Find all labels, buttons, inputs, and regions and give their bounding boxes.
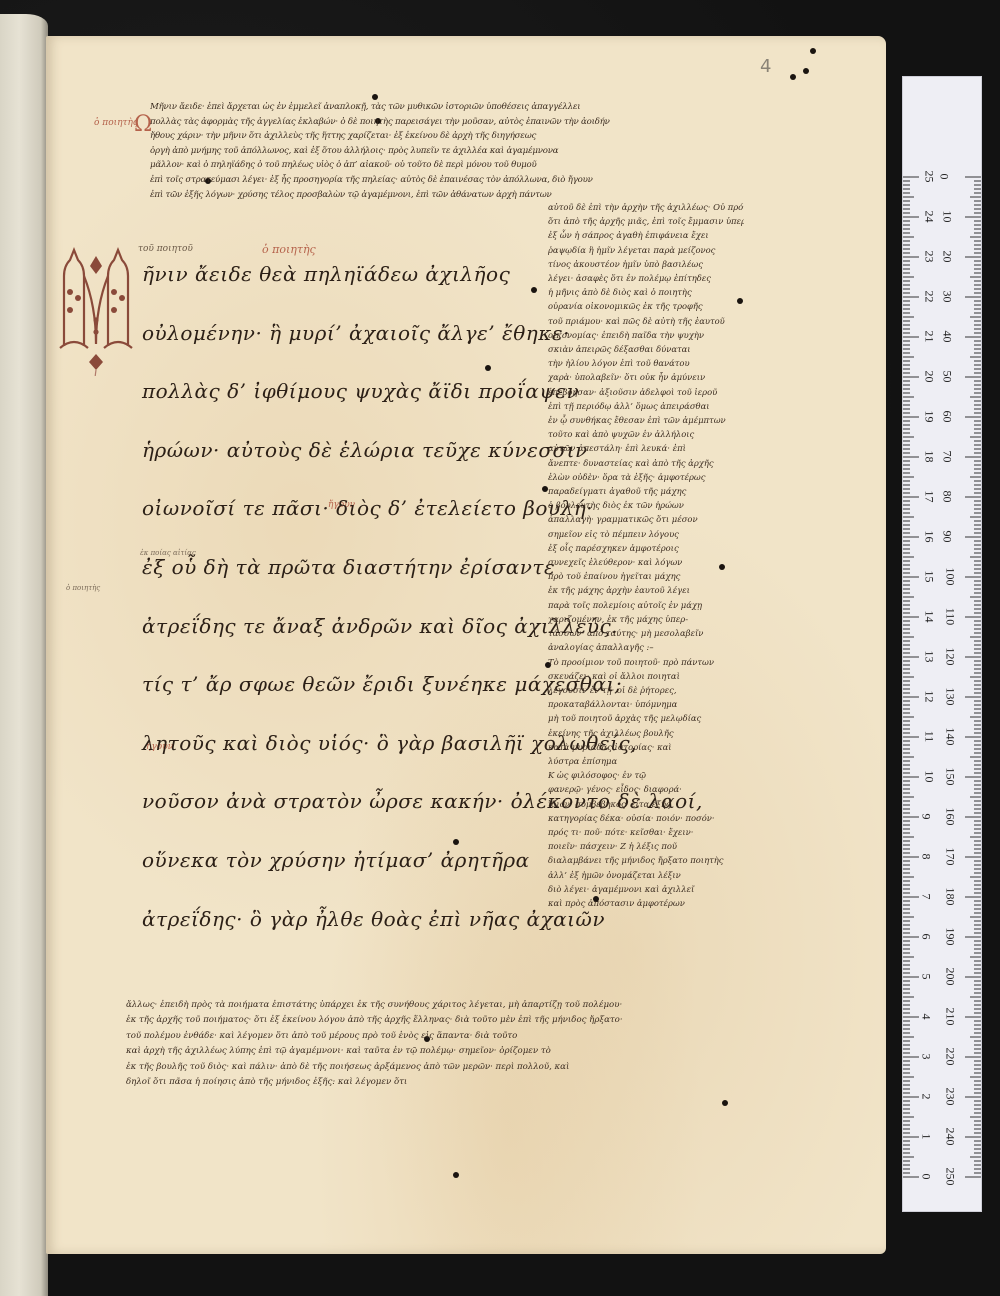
ruler-cm-label: 18 [922,451,937,463]
scholia-line: ἤθους χάριν· τὴν μῆνιν ὅτι ἀχιλλεὺς τῆς … [150,129,740,144]
scholia-line: τοῦ πολέμου ἐνθάδε· καὶ λέγομεν ὅτι ἀπὸ … [126,1029,736,1044]
ruler-cm-label: 13 [922,651,937,663]
scholia-line: ὀργὴ ἀπὸ μνήμης τοῦ ἀπόλλωνος, καὶ ἐξ ὅτ… [150,144,740,159]
ruler-cm-label: 8 [919,854,934,860]
scholia-line: Μῆνιν ἄειδε· ἐπεὶ ἄρχεται ὡς ἐν ἐμμελεῖ … [150,100,740,115]
scholia-line: τάσσων· ἀπὸ ταύτης· μὴ μεσολαβεῖν [548,626,744,640]
scholia-line: καὶ πρὸς ἀπόστασιν ἀμφοτέρων [548,896,744,910]
ruler-cm-label: 24 [922,211,937,223]
scholia-line: ἴδιον· συμβεβηκός· εἶτα ἑξῆς [548,797,744,811]
ruler-cm-label: 0 [919,1174,934,1180]
verse-line: ἀτρεΐδης τε ἄναξ ἀνδρῶν καὶ δῖος ἀχιλλεύ… [142,614,552,673]
hole-mark [803,68,809,74]
ruler-cm-label: 6 [919,934,934,940]
scholia-line: χαριζομένην, ἐκ τῆς μάχης ὑπερ- [548,612,744,626]
scholia-line: ἀλλ’ ἐξ ἡμῶν ὀνομάζεται λέξιν [548,868,744,882]
scholia-line: ὁ βουλευτὴς διὸς ἐκ τῶν ἡρώων [548,498,744,512]
measurement-ruler: 0102030405060708090100110120130140150160… [902,76,982,1212]
scholia-line: κατηγορίας δέκα· οὐσία· ποιόν· ποσόν· [548,811,744,825]
scholia-line: πρὸ τοῦ ἐπαίνου ἡγεῖται μάχης [548,569,744,583]
scholia-line: διαλαμβάνει τῆς μήνιδος ἤρξατο ποιητὴς [548,853,744,867]
verse-line: οὐλομένην· ἣ μυρί’ ἀχαιοῖς ἄλγε’ ἔθηκε· [142,321,552,380]
ruler-mm-label: 130 [943,688,958,706]
ruler-cm-label: 1 [919,1134,934,1140]
ruler-mm-label: 150 [943,768,958,786]
hole-mark [810,48,816,54]
scholia-line: κατὰ μυριάδας ἱστορίας· καὶ [548,740,744,754]
scholia-line: μὴ τοῦ ποιητοῦ ἀρχὰς τῆς μελῳδίας [548,711,744,725]
rubric-label: ὁ ποιητὴς [94,118,138,128]
ruler-cm-label: 17 [922,491,937,503]
scholia-line: ἄνεπτε· δυναστείας καὶ ἀπὸ τῆς ἀρχῆς [548,456,744,470]
scholia-line: οἰκονομίας· ἐπειδὴ παῖδα τὴν ψυχὴν [548,328,744,342]
ruler-mm-label: 70 [940,451,955,463]
scholia-bottom-block: ἄλλως· ἐπειδὴ πρὸς τὰ ποιήματα ἐπιστάτης… [126,998,736,1090]
ruler-cm-label: 10 [922,771,937,783]
scholia-line: ἄλλως· ἐπειδὴ πρὸς τὰ ποιήματα ἐπιστάτης… [126,998,736,1013]
ruler-mm-label: 50 [940,371,955,383]
ruler-cm-label: 21 [922,331,937,343]
verse-line: οὕνεκα τὸν χρύσην ἠτίμασ’ ἀρητῆρα [142,848,552,907]
ruler-mm-label: 120 [943,648,958,666]
scholia-line: ἡ μῆνις ἀπὸ δὲ διὸς καὶ ὁ ποιητὴς [548,285,744,299]
ruler-mm-label: 200 [943,968,958,986]
ruler-mm-label: 190 [943,928,958,946]
scholia-line: πρός τι· ποῦ· πότε· κεῖσθαι· ἔχειν· [548,825,744,839]
ruler-cm-label: 4 [919,1014,934,1020]
ruler-mm-label: 40 [940,331,955,343]
scholia-line: λέγουσιν ἐν τῇ· οἱ δὲ ῥήτορες, [548,683,744,697]
scholia-line: ἐν ᾧ συνθήκας ἔθεσαν ἐπὶ τῶν ἀμέμπτων [548,413,744,427]
ruler-cm-label: 16 [922,531,937,543]
verse-line: οἰωνοῖσί τε πᾶσι· διὸς δ’ ἐτελείετο βουλ… [142,496,552,555]
scholia-line: χαρὰ· ὑπολαβεῖν· ὅτι οὐκ ἦν ἀμύνειν [548,370,744,384]
scholia-line: αὐτοῦ δὲ ἐπὶ τὴν ἀρχὴν τῆς ἀχιλλέως· Οὐ … [548,200,744,214]
scholia-line: αὐτῶν ἀπεστάλη· ἐπὶ λευκά· ἐπὶ [548,441,744,455]
scholia-line: συνεχεῖς ἐλεύθερον· καὶ λόγων [548,555,744,569]
scholia-line: καὶ ἀρχὴ τῆς ἀχιλλέως λύπης ἐπὶ τῷ ἀγαμέ… [126,1044,736,1059]
ruler-cm-label: 9 [919,814,934,820]
scholia-line: τοῦτο καὶ ἀπὸ ψυχῶν ἐν ἀλλήλοις [548,427,744,441]
verse-line: τίς τ’ ἄρ σφωε θεῶν ἔριδι ξυνέηκε μάχεσθ… [142,672,552,731]
ruler-mm-label: 60 [940,411,955,423]
scholia-line: σκευάζει· καὶ οἱ ἄλλοι ποιηταὶ [548,669,744,683]
ruler-ticks [903,77,981,1211]
ruler-cm-label: 2 [919,1094,934,1100]
scholia-line: ὅτι ἀπὸ τῆς ἀρχῆς μιᾶς, ἐπὶ τοῖς ἔμμασιν… [548,214,744,228]
scholia-line: διὸ λέγει· ἀγαμέμνονι καὶ ἀχιλλεῖ [548,882,744,896]
folio-number: 4 [760,56,771,77]
ruler-cm-label: 5 [919,974,934,980]
scholia-line: παραδείγματι ἀγαθοῦ τῆς μάχης [548,484,744,498]
scholia-line: παρὰ τοῖς πολεμίοις αὐτοῖς ἐν μάχῃ [548,598,744,612]
scholia-line: ἀπαλλαγὴ· γραμματικῶς ὅτι μέσον [548,512,744,526]
verse-line: πολλὰς δ’ ἰφθίμους ψυχὰς ἄϊδι προΐαψεν [142,379,552,438]
ruler-mm-label: 30 [940,291,955,303]
margin-note: ὁ ποιητὴς [66,584,100,592]
scholia-line: ἐκ τῆς βουλῆς τοῦ διὸς· καὶ πάλιν· ἀπὸ δ… [126,1060,736,1075]
scholia-line: τὴν ἡλίου λόγον ἐπὶ τοῦ θανάτου [548,356,744,370]
ruler-cm-label: 20 [922,371,937,383]
scholia-right-block: αὐτοῦ δὲ ἐπὶ τὴν ἀρχὴν τῆς ἀχιλλέως· Οὐ … [548,200,744,910]
scholia-line: ποιεῖν· πάσχειν· Ζ ἡ λέξις ποῦ [548,839,744,853]
verse-line: ῆνιν ἄειδε θεὰ πηληϊάδεω ἀχιλῆος [142,262,552,321]
ruler-cm-label: 12 [922,691,937,703]
scholia-line: λέγει· ἀσαφὲς ὅτι ἐν πολέμῳ ἐπίτηδες [548,271,744,285]
scholia-line: δηλοῖ ὅτι πᾶσα ἡ ποίησις ἀπὸ τῆς μήνιδος… [126,1075,736,1090]
ruler-cm-label: 11 [921,731,936,743]
verse-line: νοῦσον ἀνὰ στρατὸν ὦρσε κακήν· ὀλέκοντο … [142,789,552,848]
scholia-line: προκαταβάλλονται· ὑπόμνημα [548,697,744,711]
verse-line: ἡρώων· αὐτοὺς δὲ ἑλώρια τεῦχε κύνεσσιν [142,438,552,497]
scholia-line: ἐκ τῆς ἀρχῆς τοῦ ποιήματος· ὅτι ἐξ ἐκείν… [126,1013,736,1028]
scholia-line: πολλὰς τὰς ἀφορμὰς τῆς ἀγγελίας ἐκλαβών·… [150,115,740,130]
main-text-block: ῆνιν ἄειδε θεὰ πηληϊάδεω ἀχιλῆος οὐλομέν… [142,262,552,965]
ruler-mm-label: 80 [940,491,955,503]
ruler-mm-label: 230 [943,1088,958,1106]
scholia-line: ῥαψῳδία ἣ ἡμῖν λέγεται παρὰ μείζονος [548,243,744,257]
scholia-line: ἐκείνης τῆς ἀχιλλέως βουλῆς [548,726,744,740]
facing-page-edge [0,14,48,1296]
ruler-mm-label: 100 [943,568,958,586]
scholia-line: μᾶλλον· καὶ ὁ πηληϊάδης ὁ τοῦ πηλέως υἱὸ… [150,158,740,173]
decorated-initial-icon [56,236,136,376]
ruler-cm-label: 14 [922,611,937,623]
scholia-line: ἀναλογίας ἀπαλλαγῆς :– [548,640,744,654]
ruler-mm-label: 240 [943,1128,958,1146]
rubric-label: ὁ ποιητὴς [262,243,316,256]
ruler-cm-label: 7 [919,894,934,900]
ruler-cm-label: 22 [922,291,937,303]
scholia-line: ἐπὶ τῇ περιόδῳ ἀλλ’ ὅμως ἀπειράσθαι [548,399,744,413]
scholia-line: ἐξ οἷς παρέσχηκεν ἀμφοτέροις [548,541,744,555]
scholia-line: λύστρα ἐπίσημα [548,754,744,768]
hole-mark [453,1172,459,1178]
scholia-line: Τὸ προοίμιον τοῦ ποιητοῦ· πρὸ πάντων [548,655,744,669]
scholia-line: φανερῷ· γένος· εἶδος· διαφορά· [548,782,744,796]
ruler-mm-label: 20 [940,251,955,263]
scholia-top-block: Μῆνιν ἄειδε· ἐπεὶ ἄρχεται ὡς ἐν ἐμμελεῖ … [150,100,740,202]
hole-mark [722,1100,728,1106]
ruler-cm-label: 15 [922,571,937,583]
ruler-cm-label: 23 [922,251,937,263]
ruler-mm-label: 140 [943,728,958,746]
margin-note: τοῦ ποιητοῦ [138,244,193,254]
scholia-line: ἑλὼν οὐδὲν· ὅρα τὰ ἑξῆς· ἀμφοτέρως [548,470,744,484]
scholia-line: ἐπεβόησαν· ἀξιοῦσιν ἀδελφοὶ τοῦ ἱεροῦ [548,385,744,399]
scholia-line: οὐρανία οἰκονομικῶς ἐκ τῆς τροφῆς [548,299,744,313]
ruler-mm-label: 180 [943,888,958,906]
ruler-mm-label: 160 [943,808,958,826]
scholia-line: ἐπὶ τοῖς στρατεύμασι λέγει· ἐξ ἧς προσηγ… [150,173,740,188]
scholia-line: τίνος ἀκουστέον ἡμῖν ὑπὸ βασιλέως [548,257,744,271]
scholia-line: Κ ὡς φιλόσοφος· ἐν τῷ [548,768,744,782]
ruler-mm-label: 0 [937,174,952,180]
verse-line: ἐξ οὗ δὴ τὰ πρῶτα διαστήτην ἐρίσαντε [142,555,552,614]
ruler-mm-label: 110 [942,608,957,626]
ruler-mm-label: 170 [943,848,958,866]
scholia-line: σημεῖον εἰς τὸ πέμπειν λόγους [548,527,744,541]
ruler-mm-label: 250 [943,1168,958,1186]
scholia-line: τοῦ πριάμου· καὶ πῶς δὲ αὐτὴ τῆς ἑαυτοῦ [548,314,744,328]
hole-mark [790,74,796,80]
ruler-mm-label: 210 [943,1008,958,1026]
scholia-line: σκιὰν ἀπειρῶς δέξασθαι δύναται [548,342,744,356]
verse-line: λητοῦς καὶ διὸς υἱός· ὃ γὰρ βασιλῆϊ χολω… [142,731,552,790]
scholia-line: ἐκ τῆς μάχης ἀρχὴν ἑαυτοῦ λέγει [548,583,744,597]
ruler-cm-label: 3 [919,1054,934,1060]
ruler-mm-label: 10 [940,211,955,223]
ruler-cm-label: 19 [922,411,937,423]
ruler-mm-label: 220 [943,1048,958,1066]
ruler-cm-label: 25 [922,171,937,183]
ruler-mm-label: 90 [940,531,955,543]
scholia-line: ἐξ ὧν ἡ σάπρος ἀγαθὴ ἐπιφάνεια ἔχει [548,228,744,242]
verse-line: ἀτρεΐδης· ὃ γὰρ ἦλθε θοὰς ἐπὶ νῆας ἀχαιῶ… [142,907,552,966]
